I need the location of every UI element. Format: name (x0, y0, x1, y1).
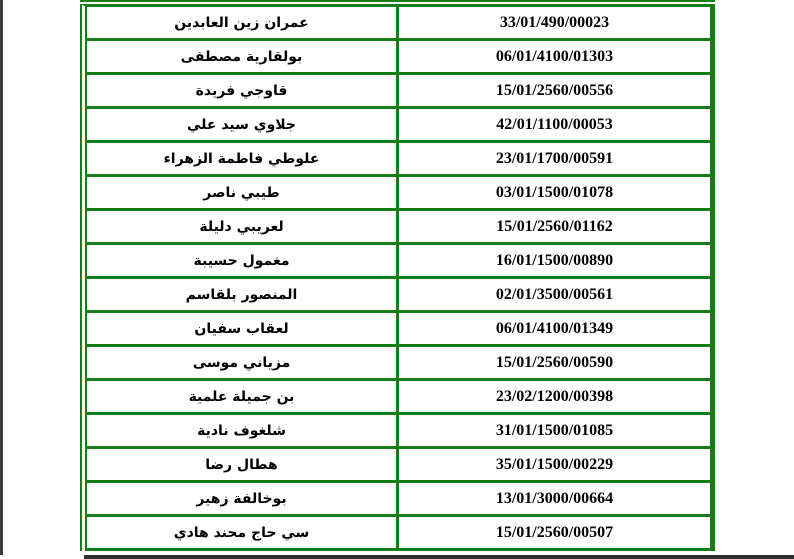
registration-number-cell: 23/02/1200/00398 (399, 381, 710, 412)
registration-number-cell: 15/01/2560/00556 (399, 75, 710, 106)
table-row: سي حاج محند هادي 15/01/2560/00507 (87, 517, 710, 551)
table-row: المنصور بلقاسم 02/01/3500/00561 (87, 279, 710, 313)
table-top-cut-border (80, 0, 715, 2)
name-cell: مزياني موسى (87, 347, 399, 378)
name-cell: لعقاب سفيان (87, 313, 399, 344)
table-row: شلغوف نادية 31/01/1500/01085 (87, 415, 710, 449)
name-cell: المنصور بلقاسم (87, 279, 399, 310)
page-left-edge-line (0, 0, 3, 555)
name-cell: علوطي فاطمة الزهراء (87, 143, 399, 174)
name-cell: بولقارية مصطفى (87, 41, 399, 72)
table-row: طيبي ناصر 03/01/1500/01078 (87, 177, 710, 211)
registration-number-cell: 33/01/490/00023 (399, 7, 710, 38)
registration-number-cell: 06/01/4100/01303 (399, 41, 710, 72)
table-row: علوطي فاطمة الزهراء 23/01/1700/00591 (87, 143, 710, 177)
registration-number-cell: 42/01/1100/00053 (399, 109, 710, 140)
name-cell: عمران زين العابدين (87, 7, 399, 38)
name-cell: طيبي ناصر (87, 177, 399, 208)
registration-number-cell: 03/01/1500/01078 (399, 177, 710, 208)
table-row: جلاوي سيد علي 42/01/1100/00053 (87, 109, 710, 143)
registration-number-cell: 15/01/2560/00590 (399, 347, 710, 378)
name-cell: هطال رضا (87, 449, 399, 480)
registration-number-cell: 31/01/1500/01085 (399, 415, 710, 446)
page-bottom-edge-line (84, 555, 794, 559)
table-row: هطال رضا 35/01/1500/00229 (87, 449, 710, 483)
table-row: لعقاب سفيان 06/01/4100/01349 (87, 313, 710, 347)
registration-number-cell: 23/01/1700/00591 (399, 143, 710, 174)
registration-number-cell: 13/01/3000/00664 (399, 483, 710, 514)
name-cell: بوخالفة زهير (87, 483, 399, 514)
records-table: عمران زين العابدين 33/01/490/00023 بولقا… (80, 4, 715, 551)
table-row: لعريبي دليلة 15/01/2560/01162 (87, 211, 710, 245)
table-row: بن جميلة علمية 23/02/1200/00398 (87, 381, 710, 415)
registration-number-cell: 15/01/2560/01162 (399, 211, 710, 242)
table-row: مزياني موسى 15/01/2560/00590 (87, 347, 710, 381)
table-row: قاوجي فريدة 15/01/2560/00556 (87, 75, 710, 109)
name-cell: مغمول حسيبة (87, 245, 399, 276)
registration-number-cell: 16/01/1500/00890 (399, 245, 710, 276)
table-row: بولقارية مصطفى 06/01/4100/01303 (87, 41, 710, 75)
registration-number-cell: 35/01/1500/00229 (399, 449, 710, 480)
registration-number-cell: 15/01/2560/00507 (399, 517, 710, 548)
document-page: عمران زين العابدين 33/01/490/00023 بولقا… (0, 0, 794, 559)
name-cell: لعريبي دليلة (87, 211, 399, 242)
table-row: عمران زين العابدين 33/01/490/00023 (87, 7, 710, 41)
table-row: مغمول حسيبة 16/01/1500/00890 (87, 245, 710, 279)
name-cell: بن جميلة علمية (87, 381, 399, 412)
name-cell: جلاوي سيد علي (87, 109, 399, 140)
name-cell: شلغوف نادية (87, 415, 399, 446)
name-cell: قاوجي فريدة (87, 75, 399, 106)
registration-number-cell: 02/01/3500/00561 (399, 279, 710, 310)
name-cell: سي حاج محند هادي (87, 517, 399, 548)
table-row: بوخالفة زهير 13/01/3000/00664 (87, 483, 710, 517)
registration-number-cell: 06/01/4100/01349 (399, 313, 710, 344)
